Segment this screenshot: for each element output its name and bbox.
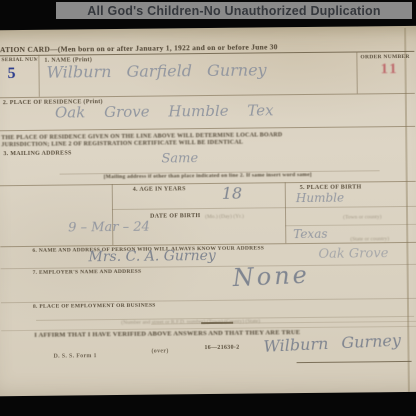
over-note: (over) bbox=[151, 348, 168, 354]
employer-value: None bbox=[232, 261, 310, 292]
serial-number-value: 5 bbox=[7, 65, 15, 83]
mailing-address-label: 3. MAILING ADDRESS bbox=[3, 150, 71, 157]
serial-number-label: SERIAL NUMBER bbox=[1, 57, 37, 63]
mailing-address-caption: [Mailing address if other than place ind… bbox=[104, 172, 312, 180]
watermark-text: All God's Children-No Unauthorized Dupli… bbox=[87, 4, 380, 18]
place-of-birth-state-value: Texas bbox=[293, 227, 327, 241]
date-of-birth-value: 9 – Mar – 24 bbox=[68, 220, 150, 236]
rule bbox=[356, 51, 357, 93]
contact-person-value: Mrs. C. A. Gurney bbox=[88, 248, 216, 265]
residence-value: Oak Grove Humble Tex bbox=[55, 101, 274, 121]
jurisdiction-notice-line2: JURISDICTION; LINE 2 OF REGISTRATION CER… bbox=[1, 140, 243, 149]
rule bbox=[112, 206, 416, 210]
pob-town-caption: (Town or county) bbox=[343, 214, 381, 220]
rule bbox=[201, 322, 233, 324]
card-content: RATION CARD—(Men born on or after Januar… bbox=[0, 28, 416, 396]
age-label: 4. AGE IN YEARS bbox=[133, 186, 186, 193]
affirmation-text: I AFFIRM THAT I HAVE VERIFIED ABOVE ANSW… bbox=[34, 329, 300, 339]
date-of-birth-label: DATE OF BIRTH bbox=[150, 213, 200, 220]
rule bbox=[1, 298, 416, 303]
signature-underline bbox=[297, 361, 412, 363]
age-value: 18 bbox=[222, 184, 243, 203]
rule bbox=[112, 184, 114, 245]
rule bbox=[0, 126, 415, 131]
print-code: 16—21630-2 bbox=[204, 345, 239, 351]
name-value: Wilburn Garfield Gurney bbox=[46, 60, 266, 81]
employer-label: 7. EMPLOYER'S NAME AND ADDRESS bbox=[33, 269, 142, 276]
order-number-label: ORDER NUMBER bbox=[360, 54, 409, 61]
scanned-photo: All God's Children-No Unauthorized Dupli… bbox=[0, 0, 416, 416]
form-number: D. S. S. Form 1 bbox=[53, 353, 96, 359]
rule bbox=[38, 55, 39, 97]
mailing-address-value: Same bbox=[161, 151, 198, 166]
rule bbox=[285, 224, 416, 226]
rule bbox=[285, 182, 287, 243]
registration-card: RATION CARD—(Men born on or after Januar… bbox=[0, 26, 416, 397]
rule bbox=[0, 93, 415, 98]
date-of-birth-caption: (Mo.) (Day) (Yr.) bbox=[205, 214, 244, 220]
card-right-edge bbox=[404, 28, 410, 392]
place-of-birth-town-value: Humble bbox=[296, 191, 344, 206]
watermark-bar: All God's Children-No Unauthorized Dupli… bbox=[56, 2, 412, 19]
place-of-employment-label: 8. PLACE OF EMPLOYMENT OR BUSINESS bbox=[33, 303, 156, 310]
order-number-value: 11 bbox=[380, 61, 398, 78]
rule bbox=[1, 264, 416, 269]
contact-person-address-value: Oak Grove bbox=[318, 246, 388, 262]
